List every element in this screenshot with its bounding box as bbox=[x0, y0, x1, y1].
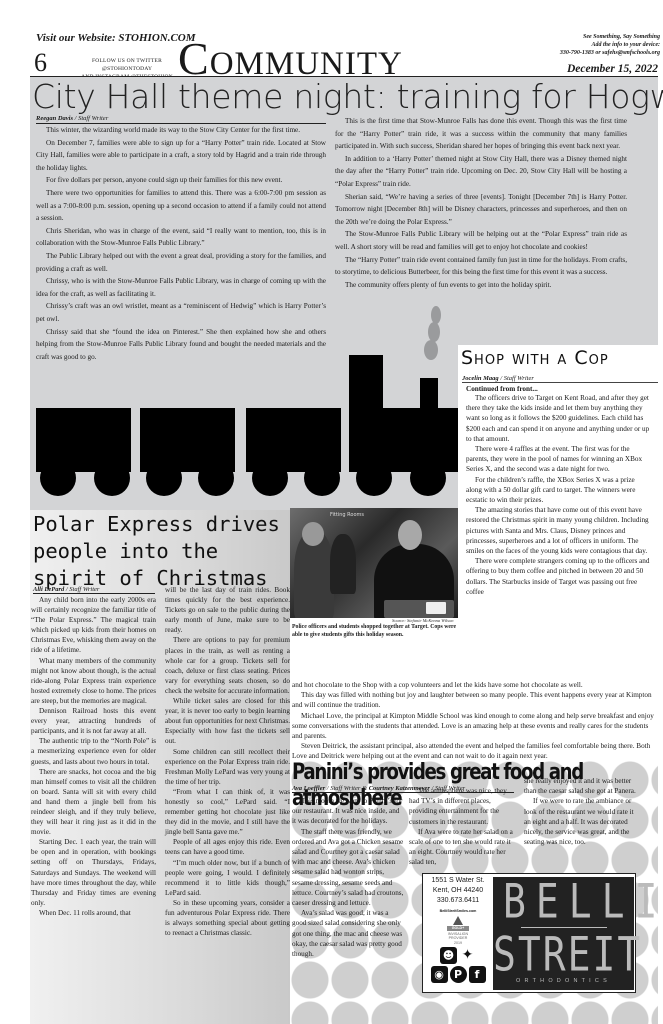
paragraph: The officers drive to Target on Kent Roa… bbox=[466, 393, 652, 444]
paragraph: The Public Library helped out with the e… bbox=[36, 250, 326, 275]
target-shopping-photo: Fitting Rooms bbox=[290, 508, 458, 618]
author-role: / Staff Writer bbox=[73, 115, 108, 122]
photo-paper bbox=[426, 602, 446, 614]
paragraph: For the children’s raffle, the XBox Seri… bbox=[466, 475, 652, 506]
train-wheel bbox=[356, 460, 392, 496]
paragraph: Steven Deitrick, the assistant principal… bbox=[292, 741, 658, 761]
author-name: Reegan Davis bbox=[36, 115, 73, 122]
paragraph: Chrissy’s craft was an owl wristlet, mea… bbox=[36, 300, 326, 325]
paragraph: Ava’s salad was good, it was a good size… bbox=[292, 908, 404, 959]
paragraph: Any child born into the early 2000s era … bbox=[31, 595, 156, 656]
author-role: / Staff Writer bbox=[499, 375, 534, 382]
photo-face bbox=[302, 522, 324, 546]
smoke-puff bbox=[428, 322, 440, 342]
photo-caption: Police officers and students shopped tog… bbox=[292, 623, 462, 639]
paragraph: The amazing stories that have come out o… bbox=[466, 505, 652, 556]
author-role: / Staff Writer & bbox=[325, 785, 369, 792]
train-wheel bbox=[198, 460, 234, 496]
paragraph: Sherian said, “We’re having a series of … bbox=[335, 191, 627, 229]
polar-express-column-1: Any child born into the early 2000s era … bbox=[31, 595, 156, 918]
paragraph: Some children can still recollect their … bbox=[165, 747, 290, 787]
author-name: Ava Loeffler bbox=[292, 785, 325, 792]
train-cab bbox=[349, 355, 383, 415]
smoke-puff bbox=[424, 340, 438, 360]
brand-name-line1: BELLI bbox=[493, 876, 634, 926]
paragraph: Chris Sheridan, who was in charge of the… bbox=[36, 225, 326, 250]
polar-express-headline: Polar Express drives people into the spi… bbox=[33, 511, 293, 592]
author-role: / Staff Writer bbox=[64, 586, 99, 593]
panini-column-2: The atmosphere was nice, they had TV’s i… bbox=[409, 786, 515, 868]
paragraph: and hot chocolate to the Shop with a cop… bbox=[292, 680, 658, 690]
train-wheel bbox=[410, 460, 446, 496]
invisalign-logo-icon bbox=[453, 916, 463, 925]
paragraph: The community offers plenty of fun event… bbox=[335, 279, 627, 292]
paragraph: This winter, the wizarding world made it… bbox=[36, 124, 326, 137]
paragraph: If Ava were to rate her salad on a scale… bbox=[409, 827, 515, 868]
city-hall-column-right: This is the first time that Stow-Munroe … bbox=[335, 115, 627, 291]
author-name: Jocelin Maag bbox=[462, 375, 499, 382]
train-wheel bbox=[146, 460, 182, 496]
train-wheel bbox=[252, 460, 288, 496]
smoke-puff bbox=[431, 306, 441, 324]
ad-address-line1: 1551 S Water St. bbox=[425, 876, 491, 886]
instagram-icon[interactable]: ◉ bbox=[431, 966, 448, 983]
paragraph: On December 7, families were able to sig… bbox=[36, 137, 326, 175]
paragraph: The Stow-Munroe Falls Public Library wil… bbox=[335, 228, 627, 253]
shop-with-a-cop-byline: Jocelin Maag / Staff Writer bbox=[462, 375, 658, 383]
follow-twitter: Follow us on Twitter @stohiontoday bbox=[72, 57, 182, 73]
paragraph: People of all ages enjoy this ride. Even… bbox=[165, 837, 290, 857]
social-icons-row-2: ◉ P f bbox=[425, 966, 491, 983]
city-hall-column-left: This winter, the wizarding world made it… bbox=[36, 124, 326, 363]
tipline-line1: See Something, Say Something bbox=[500, 33, 660, 41]
snapchat-icon[interactable]: ☻ bbox=[440, 947, 457, 964]
author-name: Alli LePard bbox=[33, 586, 64, 593]
panini-column-3: she really enjoyed it and it was better … bbox=[524, 776, 636, 847]
paragraph: Chrissy, who is with the Stow-Munroe Fal… bbox=[36, 275, 326, 300]
badge-tier: GOLD+ bbox=[447, 926, 469, 931]
paragraph: While ticket sales are closed for this y… bbox=[165, 696, 290, 746]
photo-officer-face bbox=[398, 520, 422, 550]
city-hall-headline: City Hall theme night: training for Hogw… bbox=[32, 76, 658, 118]
shop-with-a-cop-continuation: and hot chocolate to the Shop with a cop… bbox=[292, 680, 658, 762]
social-icons-row-1: ☻ ✦ bbox=[425, 947, 491, 964]
panini-column-1: This month we went to Panini’s for our r… bbox=[292, 796, 404, 959]
facebook-icon[interactable]: f bbox=[469, 966, 486, 983]
paragraph: So in these upcoming years, consider a f… bbox=[165, 898, 290, 938]
paragraph: There were 4 raffles at the event. The f… bbox=[466, 444, 652, 475]
paragraph: This month we went to Panini’s for our r… bbox=[292, 796, 404, 827]
paragraph: will be the last day of train rides. Boo… bbox=[165, 585, 290, 635]
photo-sign: Fitting Rooms bbox=[330, 512, 364, 518]
paragraph: There are options to pay for premium pla… bbox=[165, 635, 290, 696]
ad-brand-panel: BELLI STREIT ORTHODONTICS bbox=[493, 877, 634, 990]
paragraph: When Dec. 11 rolls around, that bbox=[31, 908, 156, 918]
ad-website[interactable]: BelliStreitSmiles.com bbox=[425, 909, 491, 913]
invisalign-badge: GOLD+ INVISALIGN PROVIDER 2019 bbox=[443, 916, 473, 945]
issue-date: December 15, 2022 bbox=[530, 63, 658, 75]
train-wheel bbox=[40, 460, 76, 496]
train-wheel bbox=[94, 460, 130, 496]
twitter-icon[interactable]: ✦ bbox=[459, 947, 476, 964]
paragraph: For five dollars per person, anyone coul… bbox=[36, 174, 326, 187]
tipline-line3: 330-790-1383 or safehs@smfschools.org bbox=[500, 49, 660, 57]
paragraph: “I’m much older now, but if a bunch of p… bbox=[165, 858, 290, 898]
paragraph: The authentic trip to the “North Pole” i… bbox=[31, 736, 156, 766]
paragraph: she really enjoyed it and it was better … bbox=[524, 776, 636, 796]
badge-year: 2019 bbox=[443, 941, 473, 946]
ad-contact-panel: 1551 S Water St. Kent, OH 44240 330.673.… bbox=[425, 876, 491, 983]
city-hall-byline: Reegan Davis / Staff Writer bbox=[36, 115, 326, 124]
continued-label: Continued from front... bbox=[466, 385, 538, 393]
train-smokestack bbox=[420, 378, 438, 413]
paragraph: There were two opportunities for familie… bbox=[36, 187, 326, 225]
paragraph: There were complete strangers coming up … bbox=[466, 556, 652, 597]
tipline: See Something, Say Something Add the inf… bbox=[500, 33, 660, 57]
polar-express-byline: Alli LePard / Staff Writer bbox=[33, 586, 155, 594]
paragraph: This is the first time that Stow-Munroe … bbox=[335, 115, 627, 153]
page-number: 6 bbox=[34, 50, 47, 76]
website-link[interactable]: Visit our Website: STOHION.COM bbox=[36, 32, 196, 44]
paragraph: This day was filled with nothing but joy… bbox=[292, 690, 658, 710]
shop-with-a-cop-column: The officers drive to Target on Kent Roa… bbox=[466, 393, 652, 597]
paragraph: Michael Love, the principal at Kimpton M… bbox=[292, 711, 658, 742]
paragraph: In addition to a ‘Harry Potter’ themed n… bbox=[335, 153, 627, 191]
polar-express-column-2: will be the last day of train rides. Boo… bbox=[165, 585, 290, 938]
photo-figure bbox=[330, 534, 356, 594]
paragraph: What many members of the community might… bbox=[31, 656, 156, 706]
paragraph: The staff there was friendly, we ordered… bbox=[292, 827, 404, 909]
paragraph: Dennison Railroad hosts this event every… bbox=[31, 706, 156, 736]
ad-address-line2: Kent, OH 44240 bbox=[425, 886, 491, 896]
paragraph: Chrissy said that she “found the idea on… bbox=[36, 326, 326, 364]
train-wheel bbox=[304, 460, 340, 496]
paragraph: The “Harry Potter” train ride event cont… bbox=[335, 254, 627, 279]
pinterest-icon[interactable]: P bbox=[450, 966, 467, 983]
ad-phone: 330.673.6411 bbox=[425, 896, 491, 906]
paragraph: Starting Dec. 1 each year, the train wil… bbox=[31, 837, 156, 908]
belli-streit-advertisement[interactable]: 1551 S Water St. Kent, OH 44240 330.673.… bbox=[422, 873, 636, 993]
paragraph: “From what I can think of, it was honest… bbox=[165, 787, 290, 837]
paragraph: If we were to rate the ambiance or look … bbox=[524, 796, 636, 847]
tipline-line2: Add the info to your device: bbox=[500, 41, 660, 49]
brand-name-line2: STREIT bbox=[493, 929, 634, 979]
paragraph: There are snacks, hot cocoa and the big … bbox=[31, 767, 156, 838]
paragraph: The atmosphere was nice, they had TV’s i… bbox=[409, 786, 515, 827]
shop-with-a-cop-headline: Shop with a Cop bbox=[461, 347, 609, 369]
